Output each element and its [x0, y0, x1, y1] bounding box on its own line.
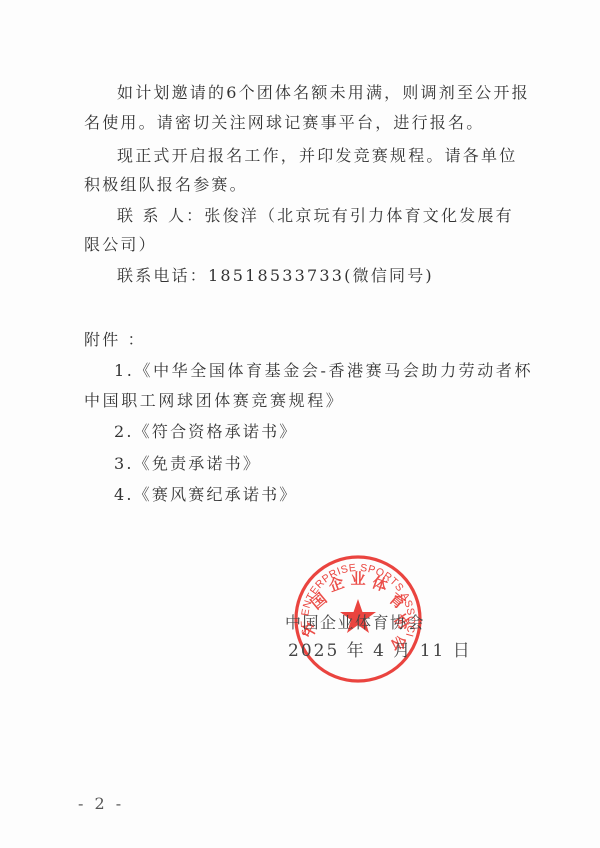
page-number: - 2 -	[78, 794, 124, 813]
paragraph1-line2: 名使用。请密切关注网球记赛事平台，进行报名。	[84, 113, 484, 133]
svg-text:企: 企	[326, 573, 346, 595]
signature-organization: 中国企业体育协会	[285, 613, 425, 633]
contact-phone: 联系电话：18518533733(微信同号)	[117, 266, 434, 286]
paragraph2-line1: 现正式开启报名工作，并印发竞赛规程。请各单位	[117, 146, 517, 166]
signature-date: 2025 年 4 月 11 日	[288, 641, 472, 661]
svg-text:业: 业	[350, 570, 365, 588]
attachment-item-1-line1: 1.《中华全国体育基金会-香港赛马会助力劳动者杯	[114, 361, 533, 381]
svg-text:体: 体	[370, 573, 390, 595]
attachment-item-1-line2: 中国职工网球团体赛竞赛规程》	[84, 391, 344, 411]
paragraph1-line1: 如计划邀请的6个团体名额未用满，则调剂至公开报	[117, 83, 530, 103]
attachment-item-4: 4.《赛风赛纪承诺书》	[114, 485, 297, 505]
attachment-item-2: 2.《符合资格承诺书》	[114, 422, 297, 442]
attachment-item-3: 3.《免责承诺书》	[114, 454, 261, 474]
paragraph2-line2: 积极组队报名参赛。	[84, 175, 248, 195]
contact-person-line2: 限公司）	[84, 235, 157, 255]
attachments-label: 附件 ：	[84, 330, 146, 350]
contact-person-line1: 联 系 人：张俊洋（北京玩有引力体育文化发展有	[117, 206, 514, 226]
